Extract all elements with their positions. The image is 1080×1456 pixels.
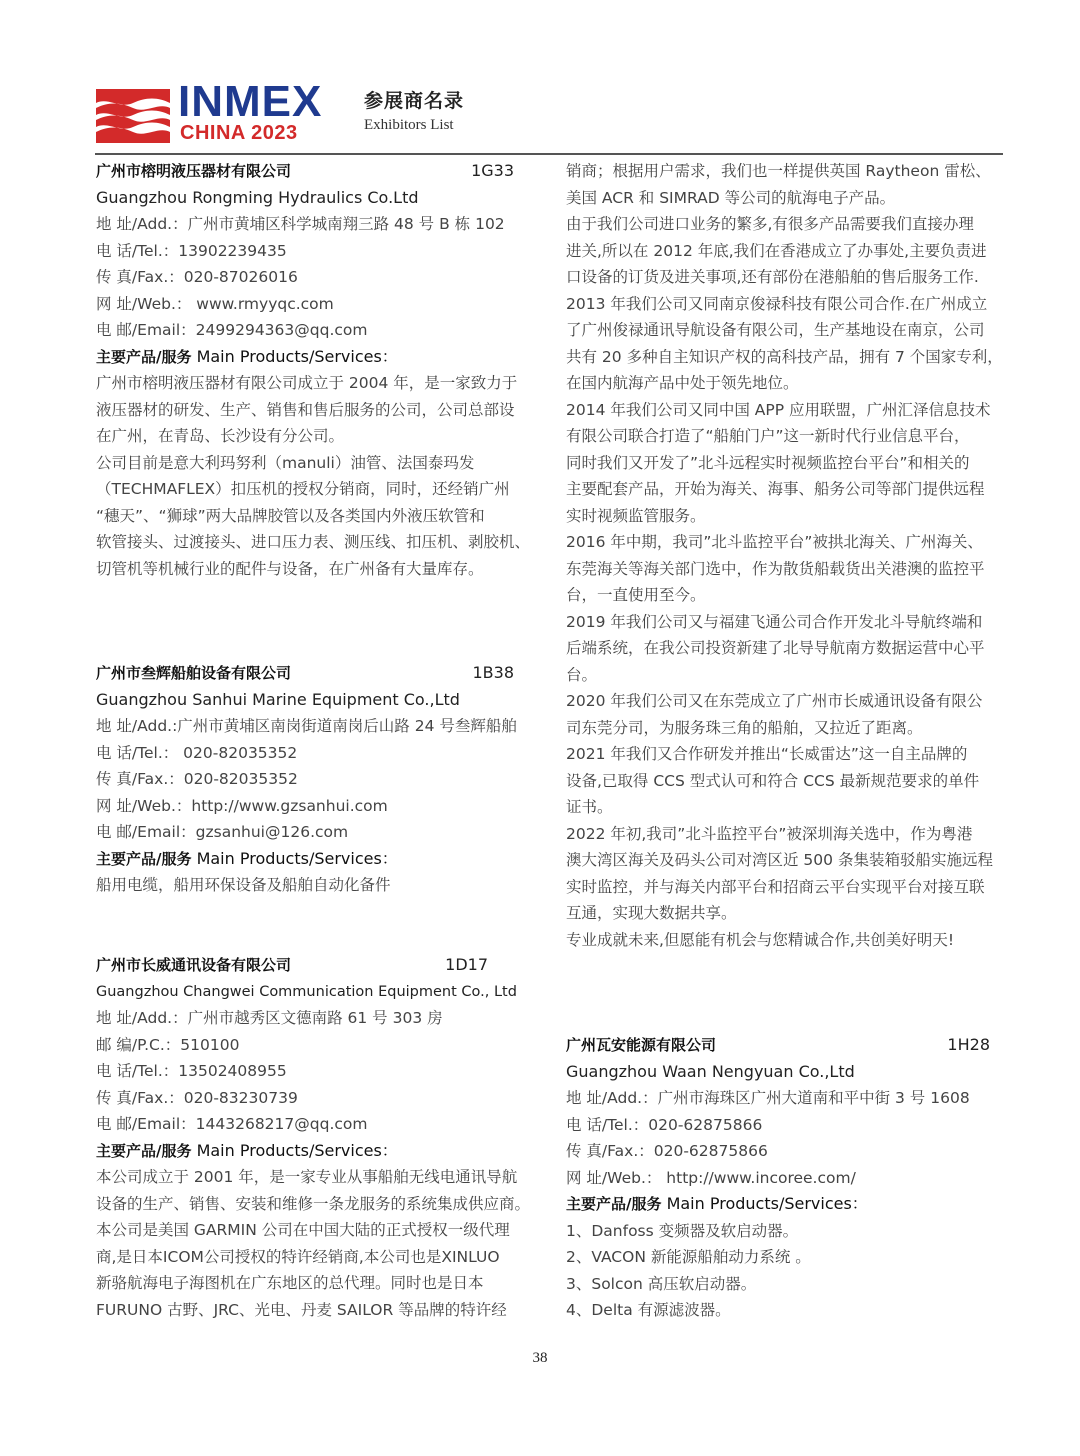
company-name-en: Guangzhou Waan Nengyuan Co.,Ltd [566,1059,1006,1086]
product-item: 1、Danfoss 变频器及软启动器。 [566,1218,1006,1245]
product-item: 4、Delta 有源滤波器。 [566,1297,1006,1324]
field-address: 地 址/Add.:广州市黄埔区南岗街道南岗后山路 24 号叁辉船舶 [96,713,536,740]
field-postcode: 邮 编/P.C.：510100 [96,1032,536,1059]
field-address: 地 址/Add.：广州市越秀区文德南路 61 号 303 房 [96,1005,536,1032]
changwei-description-continued: 销商；根据用户需求，我们也一样提供英国 Raytheon 雷松、 美国 ACR … [566,158,1006,953]
product-item: 3、Solcon 高压软启动器。 [566,1271,1006,1298]
logo-subtitle: CHINA 2023 [180,122,298,144]
field-tel: 电 话/Tel.： 020-82035352 [96,740,536,767]
services-label: 主要产品/服务 Main Products/Services： [96,1138,536,1165]
field-email: 电 邮/Email：2499294363@qq.com [96,317,536,344]
field-fax: 传 真/Fax.：020-83230739 [96,1085,536,1112]
field-address: 地 址/Add.：广州市黄埔区科学城南翔三路 48 号 B 栋 102 [96,211,536,238]
page-title-cn: 参展商名录 [364,90,464,112]
field-fax: 传 真/Fax.：020-62875866 [566,1138,1006,1165]
inmex-wave-logo-icon [96,89,170,143]
field-web: 网 址/Web.： http://www.incoree.com/ [566,1165,1006,1192]
field-email: 电 邮/Email：gzsanhui@126.com [96,819,536,846]
company-name-cn: 广州市长威通讯设备有限公司 1D17 [96,952,536,979]
field-web: 网 址/Web.： www.rmyyqc.com [96,291,536,318]
booth-number: 1D17 [445,952,488,979]
exhibitor-entry-rongming: 广州市榕明液压器材有限公司 1G33 Guangzhou Rongming Hy… [96,158,536,582]
field-tel: 电 话/Tel.：13902239435 [96,238,536,265]
company-description: 广州市榕明液压器材有限公司成立于 2004 年，是一家致力于 液压器材的研发、生… [96,370,536,582]
field-fax: 传 真/Fax.：020-82035352 [96,766,536,793]
company-name-cn: 广州瓦安能源有限公司 1H28 [566,1032,1006,1059]
field-tel: 电 话/Tel.：13502408955 [96,1058,536,1085]
booth-number: 1H28 [947,1032,990,1059]
field-address: 地 址/Add.：广州市海珠区广州大道南和平中街 3 号 1608 [566,1085,1006,1112]
header-divider [95,153,1003,155]
exhibitor-entry-changwei: 广州市长威通讯设备有限公司 1D17 Guangzhou Changwei Co… [96,952,536,1323]
company-description: 本公司成立于 2001 年，是一家专业从事船舶无线电通讯导航 设备的生产、销售、… [96,1164,536,1323]
exhibitor-entry-waan: 广州瓦安能源有限公司 1H28 Guangzhou Waan Nengyuan … [566,1032,1006,1324]
company-description: 销商；根据用户需求，我们也一样提供英国 Raytheon 雷松、 美国 ACR … [566,158,1006,953]
company-name-cn: 广州市榕明液压器材有限公司 1G33 [96,158,536,185]
field-fax: 传 真/Fax.：020-87026016 [96,264,536,291]
company-name-en: Guangzhou Sanhui Marine Equipment Co.,Lt… [96,687,536,714]
booth-number: 1B38 [472,660,514,687]
product-item: 2、VACON 新能源船舶动力系统 。 [566,1244,1006,1271]
exhibitor-entry-sanhui: 广州市叁辉船舶设备有限公司 1B38 Guangzhou Sanhui Mari… [96,660,536,899]
page-header: INMEX CHINA 2023 参展商名录 Exhibitors List [96,86,1006,146]
field-tel: 电 话/Tel.：020-62875866 [566,1112,1006,1139]
field-email: 电 邮/Email：1443268217@qq.com [96,1111,536,1138]
company-name-en: Guangzhou Rongming Hydraulics Co.Ltd [96,185,536,212]
company-name-cn: 广州市叁辉船舶设备有限公司 1B38 [96,660,536,687]
page-number: 38 [0,1350,1080,1367]
product-list: 1、Danfoss 变频器及软启动器。 2、VACON 新能源船舶动力系统 。 … [566,1218,1006,1324]
company-name-en: Guangzhou Changwei Communication Equipme… [96,979,536,1006]
services-label: 主要产品/服务 Main Products/Services： [96,344,536,371]
services-label: 主要产品/服务 Main Products/Services： [566,1191,1006,1218]
booth-number: 1G33 [471,158,514,185]
page-title-en: Exhibitors List [364,116,454,134]
field-web: 网 址/Web.：http://www.gzsanhui.com [96,793,536,820]
company-description: 船用电缆，船用环保设备及船舶自动化备件 [96,872,536,899]
services-label: 主要产品/服务 Main Products/Services： [96,846,536,873]
logo-wordmark: INMEX [178,80,322,124]
